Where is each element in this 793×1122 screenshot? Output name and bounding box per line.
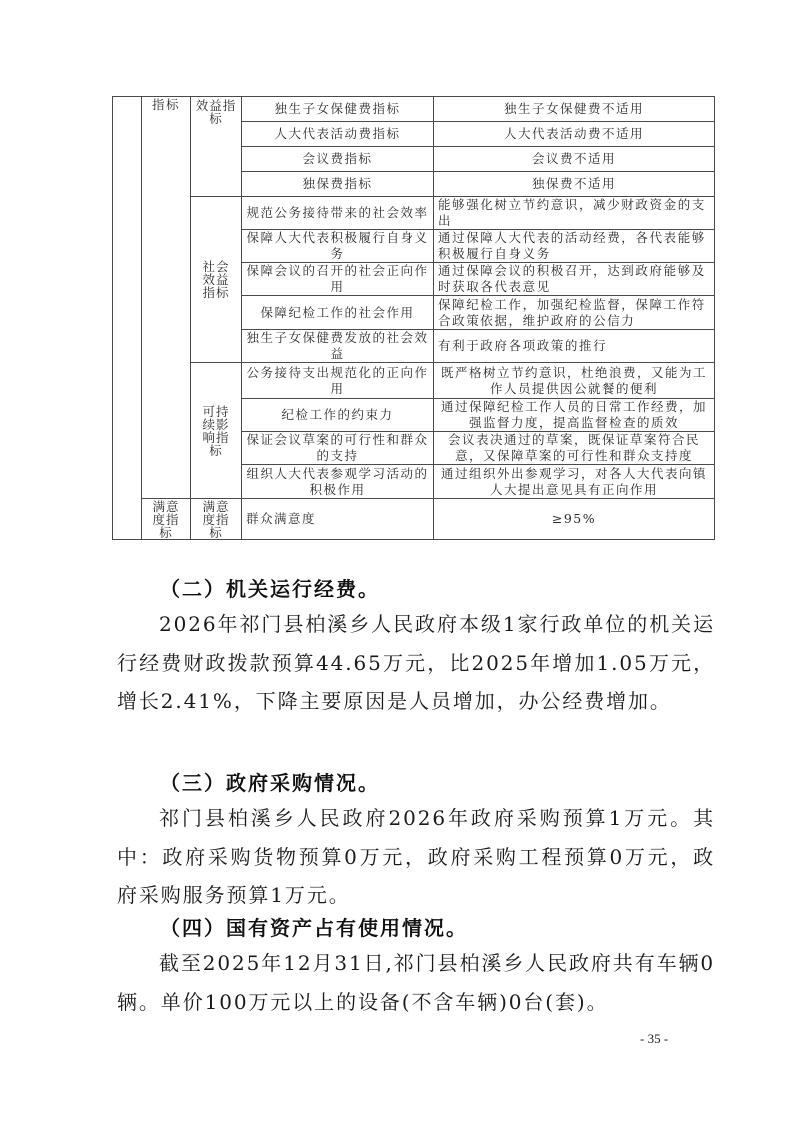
sustainability-indicator-label: 可持续影响指标 [191, 363, 242, 499]
indicator-value-cell: 保障纪检工作，加强纪检监督，保障工作符合政策依据，维护政府的公信力 [434, 296, 715, 330]
indicator-name-cell: 独生子女保健费指标 [242, 97, 434, 122]
table-row: 满意度指标 满意度指标 群众满意度 ≥95% [113, 499, 715, 540]
indicator-name-cell: 会议费指标 [242, 147, 434, 172]
page-number: - 35 - [640, 1031, 668, 1047]
section-heading-state-assets: （四）国有资产占有使用情况。 [160, 912, 468, 941]
indicator-name-cell: 纪检工作的约束力 [242, 399, 434, 432]
satisfaction-level2-label: 满意度指标 [191, 499, 242, 540]
indicator-value-cell: 既严格树立节约意识，杜绝浪费，又能为工作人员提供因公就餐的便利 [434, 363, 715, 399]
section-heading-procurement: （三）政府采购情况。 [160, 767, 380, 796]
indicator-value-cell: 会议表决通过的草案，既保证草案符合民意，又保障草案的可行性和群众支持度 [434, 432, 715, 465]
level1-indicator-cell: 指标 [142, 97, 191, 499]
indicator-value-cell: ≥95% [434, 499, 715, 540]
indicator-value-cell: 通过保障纪检工作人员的日常工作经费，加强监督力度，提高监督检查的质效 [434, 399, 715, 432]
section-heading-operating-costs: （二）机关运行经费。 [160, 573, 380, 602]
indicator-name-cell: 保障纪检工作的社会作用 [242, 296, 434, 330]
indicator-name-cell: 保证会议草案的可行性和群众的支持 [242, 432, 434, 465]
table-row: 社会效益指标 规范公务接待带来的社会效率 能够强化树立节约意识，减少财政资金的支… [113, 197, 715, 230]
indicator-name-cell: 人大代表活动费指标 [242, 122, 434, 147]
indicator-name-cell: 规范公务接待带来的社会效率 [242, 197, 434, 230]
section-paragraph-state-assets: 截至2025年12月31日,祁门县柏溪乡人民政府共有车辆0辆。单价100万元以上… [117, 944, 715, 1021]
indicator-name-cell: 保障会议的召开的社会正向作用 [242, 263, 434, 296]
table-row: 可持续影响指标 公务接待支出规范化的正向作用 既严格树立节约意识，杜绝浪费，又能… [113, 363, 715, 399]
document-page: 指标 效益指标 独生子女保健费指标 独生子女保健费不适用 人大代表活动费指标 人… [0, 0, 793, 1122]
indicator-value-cell: 能够强化树立节约意识，减少财政资金的支出 [434, 197, 715, 230]
satisfaction-level1-label: 满意度指标 [142, 499, 191, 540]
social-benefit-indicator-label: 社会效益指标 [191, 197, 242, 363]
section-paragraph-procurement: 祁门县柏溪乡人民政府2026年政府采购预算1万元。其中：政府采购货物预算0万元，… [117, 799, 715, 915]
indicator-value-cell: 有利于政府各项政策的推行 [434, 330, 715, 363]
indicator-value-cell: 独保费不适用 [434, 172, 715, 197]
indicator-name-cell: 保障人大代表积极履行自身义务 [242, 230, 434, 263]
section-paragraph-operating-costs: 2026年祁门县柏溪乡人民政府本级1家行政单位的机关运行经费财政拨款预算44.6… [117, 605, 715, 721]
indicator-value-cell: 通过组织外出参观学习，对各人大代表向镇人大提出意见具有正向作用 [434, 465, 715, 499]
indicator-name-cell: 公务接待支出规范化的正向作用 [242, 363, 434, 399]
table-blank-column-cell [113, 97, 142, 540]
table-row: 指标 效益指标 独生子女保健费指标 独生子女保健费不适用 [113, 97, 715, 122]
indicator-name-cell: 独生子女保健费发放的社会效益 [242, 330, 434, 363]
indicator-value-cell: 通过保障人大代表的活动经费，各代表能够积极履行自身义务 [434, 230, 715, 263]
indicator-value-cell: 独生子女保健费不适用 [434, 97, 715, 122]
indicator-value-cell: 通过保障会议的积极召开，达到政府能够及时获取各代表意见 [434, 263, 715, 296]
indicator-value-cell: 会议费不适用 [434, 147, 715, 172]
indicator-name-cell: 群众满意度 [242, 499, 434, 540]
indicator-value-cell: 人大代表活动费不适用 [434, 122, 715, 147]
performance-indicator-table: 指标 效益指标 独生子女保健费指标 独生子女保健费不适用 人大代表活动费指标 人… [112, 96, 715, 540]
indicator-name-cell: 独保费指标 [242, 172, 434, 197]
indicator-name-cell: 组织人大代表参观学习活动的积极作用 [242, 465, 434, 499]
benefit-indicator-label: 效益指标 [191, 97, 242, 197]
